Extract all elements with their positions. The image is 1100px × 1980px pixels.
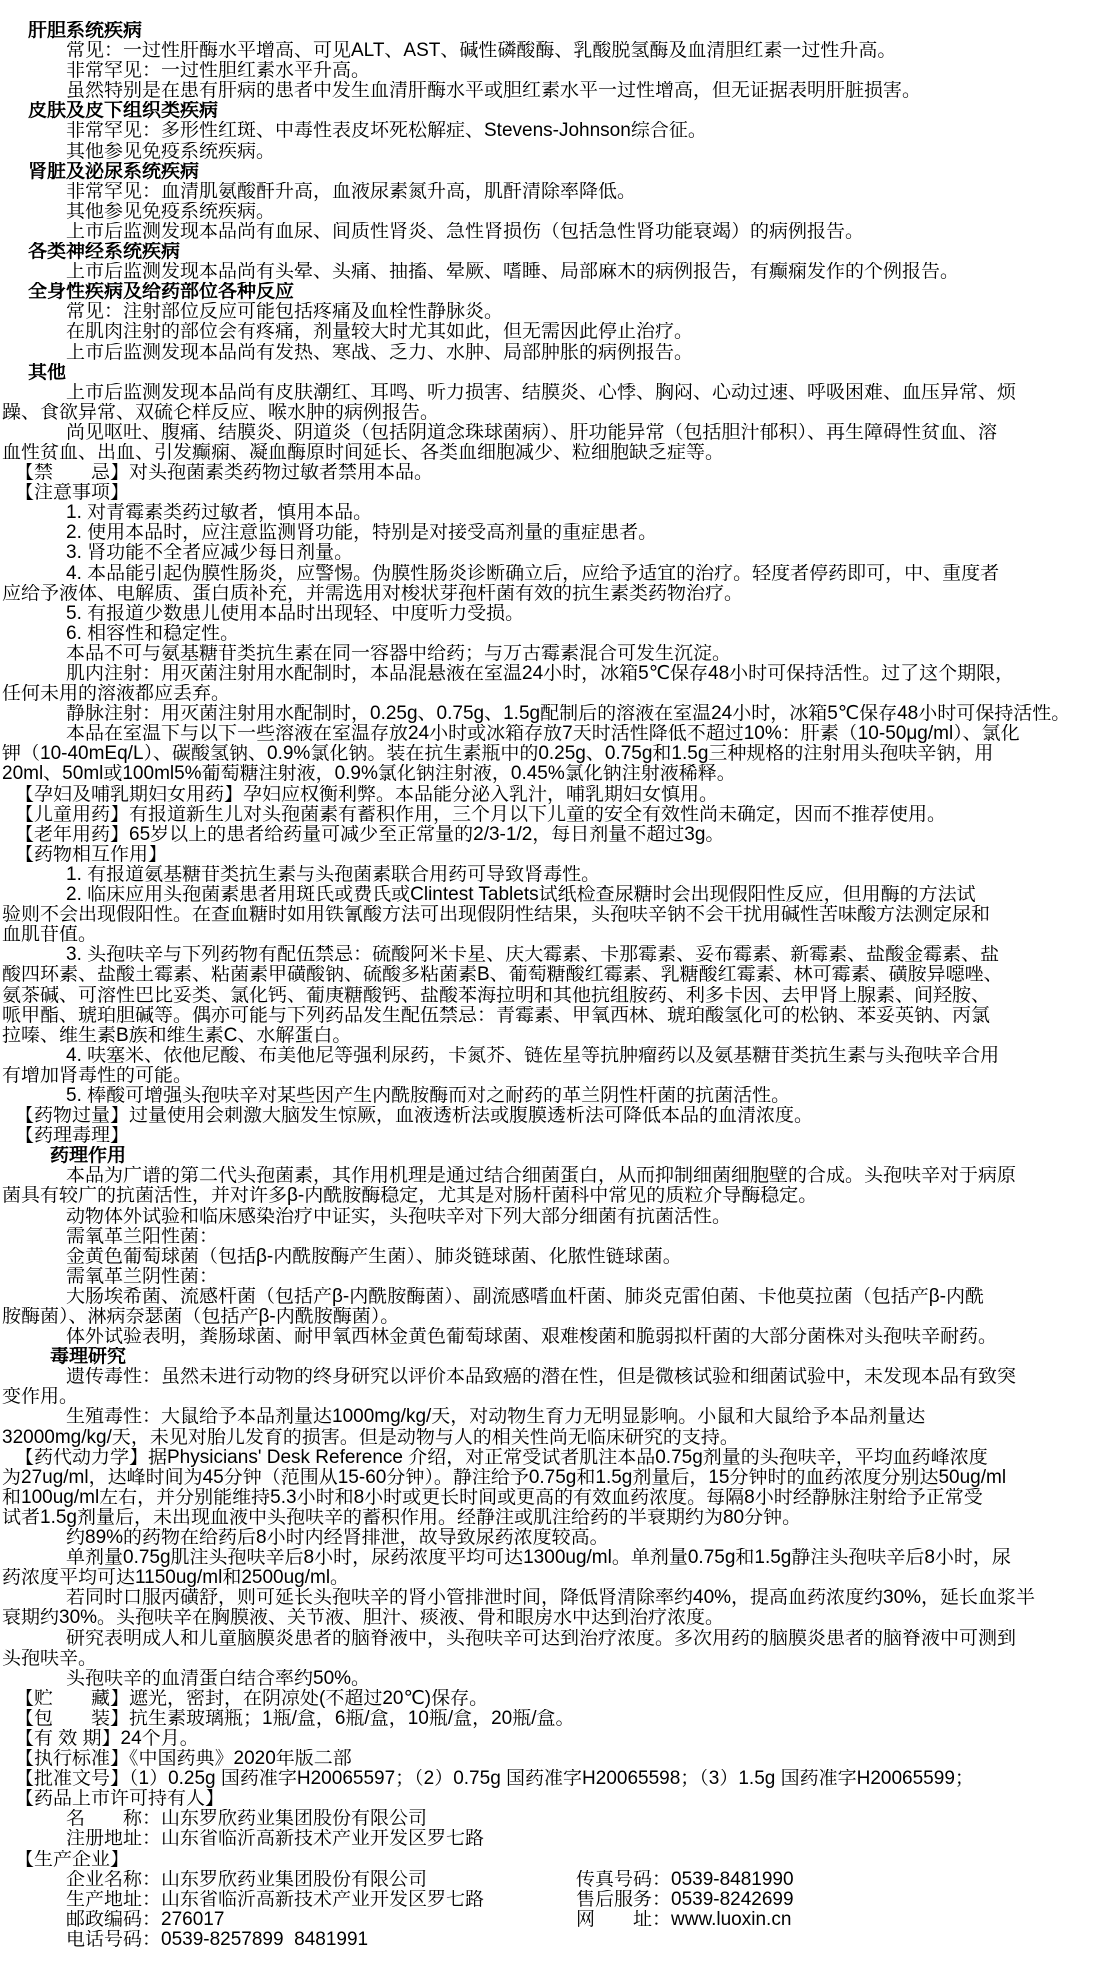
paragraph-line: 头孢呋辛。: [0, 1649, 1100, 1669]
section-heading: 各类神经系统疾病: [0, 242, 1100, 262]
paragraph-line: 5. 棒酸可增强头孢呋辛对某些因产生内酰胺酶而对之耐药的革兰阴性杆菌的抗菌活性。: [0, 1086, 1100, 1106]
paragraph-line: 2. 临床应用头孢菌素患者用斑氏或费氏或Clintest Tablets试纸检查…: [0, 885, 1100, 905]
paragraph-line: 血肌苷值。: [0, 925, 1100, 945]
paragraph-line: 任何未用的溶液都应丢弃。: [0, 684, 1100, 704]
labeled-field-line: 【注意事项】: [0, 483, 1100, 503]
paragraph-line: 若同时口服丙磺舒，则可延长头孢呋辛的肾小管排泄时间，降低肾清除率约40%，提高血…: [0, 1588, 1100, 1608]
section-heading: 全身性疾病及给药部位各种反应: [0, 282, 1100, 302]
sub-section-heading: 药理作用: [0, 1146, 1100, 1166]
labeled-field-line: 【生产企业】: [0, 1850, 1100, 1870]
section-heading: 其他: [0, 363, 1100, 383]
paragraph-line: 躁、食欲异常、双硫仑样反应、喉水肿的病例报告。: [0, 403, 1100, 423]
paragraph-line: 上市后监测发现本品尚有发热、寒战、乏力、水肿、局部肿胀的病例报告。: [0, 343, 1100, 363]
paragraph-line: 变作用。: [0, 1387, 1100, 1407]
paragraph-line: 大肠埃希菌、流感杆菌（包括产β-内酰胺酶菌）、副流感嗜血杆菌、肺炎克雷伯菌、卡他…: [0, 1287, 1100, 1307]
paragraph-line: 非常罕见：多形性红斑、中毒性表皮坏死松解症、Stevens-Johnson综合征…: [0, 121, 1100, 141]
paragraph-line: 2. 使用本品时，应注意监测肾功能，特别是对接受高剂量的重症患者。: [0, 523, 1100, 543]
labeled-field-line: 【药物过量】过量使用会刺激大脑发生惊厥，血液透析法或腹膜透析法可降低本品的血清浓…: [0, 1106, 1100, 1126]
paragraph-line: 氨茶碱、可溶性巴比妥类、氯化钙、葡庚糖酸钙、盐酸苯海拉明和其他抗组胺药、利多卡因…: [0, 986, 1100, 1006]
labeled-field-line: 【老年用药】65岁以上的患者给药量可减少至正常量的2/3-1/2，每日剂量不超过…: [0, 825, 1100, 845]
section-heading: 皮肤及皮下组织类疾病: [0, 101, 1100, 121]
paragraph-line: 20ml、50ml或100ml5%葡萄糖注射液，0.9%氯化钠注射液，0.45%…: [0, 764, 1100, 784]
paragraph-line: 注册地址：山东省临沂高新技术产业开发区罗七路: [0, 1829, 1100, 1849]
field-left-text: 企业名称：山东罗欣药业集团股份有限公司: [66, 1870, 427, 1890]
paragraph-line: 本品为广谱的第二代头孢菌素，其作用机理是通过结合细菌蛋白，从而抑制细菌细胞壁的合…: [0, 1166, 1100, 1186]
paragraph-line: 金黄色葡萄球菌（包括β-内酰胺酶产生菌）、肺炎链球菌、化脓性链球菌。: [0, 1247, 1100, 1267]
paragraph-line: 虽然特别是在患有肝病的患者中发生血清肝酶水平或胆红素水平一过性增高，但无证据表明…: [0, 81, 1100, 101]
paragraph-line: 尚见呕吐、腹痛、结膜炎、阴道炎（包括阴道念珠球菌病）、肝功能异常（包括胆汁郁积）…: [0, 423, 1100, 443]
paragraph-line: 32000mg/kg/天，未见对胎儿发育的损害。但是动物与人的相关性尚无临床研究…: [0, 1428, 1100, 1448]
paragraph-line: 本品不可与氨基糖苷类抗生素在同一容器中给药；与万古霉素混合可发生沉淀。: [0, 644, 1100, 664]
paragraph-line: 非常罕见：血清肌氨酸酐升高，血液尿素氮升高，肌酐清除率降低。: [0, 182, 1100, 202]
paragraph-line: 头孢呋辛的血清蛋白结合率约50%。: [0, 1669, 1100, 1689]
paragraph-line: 动物体外试验和临床感染治疗中证实，头孢呋辛对下列大部分细菌有抗菌活性。: [0, 1207, 1100, 1227]
paragraph-line: 胺酶菌）、淋病奈瑟菌（包括产β-内酰胺酶菌）。: [0, 1307, 1100, 1327]
drug-insert-page: 肝胆系统疾病常见：一过性肝酶水平增高、可见ALT、AST、碱性磷酸酶、乳酸脱氢酶…: [0, 0, 1100, 1950]
section-heading: 肾脏及泌尿系统疾病: [0, 162, 1100, 182]
company-info-line: 邮政编码：276017网 址：www.luoxin.cn: [0, 1910, 1100, 1930]
paragraph-line: 有增加肾毒性的可能。: [0, 1066, 1100, 1086]
paragraph-line: 在肌肉注射的部位会有疼痛，剂量较大时尤其如此，但无需因此停止治疗。: [0, 322, 1100, 342]
paragraph-line: 电话号码：0539-8257899 8481991: [0, 1930, 1100, 1950]
company-info-line: 企业名称：山东罗欣药业集团股份有限公司传真号码：0539-8481990: [0, 1870, 1100, 1890]
paragraph-line: 4. 本品能引起伪膜性肠炎，应警惕。伪膜性肠炎诊断确立后，应给予适宜的治疗。轻度…: [0, 564, 1100, 584]
labeled-field-line: 【批准文号】（1）0.25g 国药准字H20065597；（2）0.75g 国药…: [0, 1769, 1100, 1789]
labeled-field-line: 【药代动力学】据Physicians' Desk Reference 介绍，对正…: [0, 1448, 1100, 1468]
company-info-line: 生产地址：山东省临沂高新技术产业开发区罗七路售后服务：0539-8242699: [0, 1890, 1100, 1910]
paragraph-line: 体外试验表明，粪肠球菌、耐甲氧西林金黄色葡萄球菌、艰难梭菌和脆弱拟杆菌的大部分菌…: [0, 1327, 1100, 1347]
paragraph-line: 常见：注射部位反应可能包括疼痛及血栓性静脉炎。: [0, 302, 1100, 322]
paragraph-line: 为27ug/ml，达峰时间为45分钟（范围从15-60分钟）。静注给予0.75g…: [0, 1468, 1100, 1488]
paragraph-line: 上市后监测发现本品尚有头晕、头痛、抽搐、晕厥、嗜睡、局部麻木的病例报告，有癫痫发…: [0, 262, 1100, 282]
paragraph-line: 需氧革兰阴性菌：: [0, 1267, 1100, 1287]
paragraph-line: 非常罕见：一过性胆红素水平升高。: [0, 61, 1100, 81]
paragraph-line: 6. 相容性和稳定性。: [0, 624, 1100, 644]
section-heading: 肝胆系统疾病: [0, 21, 1100, 41]
paragraph-line: 常见：一过性肝酶水平增高、可见ALT、AST、碱性磷酸酶、乳酸脱氢酶及血清胆红素…: [0, 41, 1100, 61]
paragraph-line: 拉嗪、维生素B族和维生素C、水解蛋白。: [0, 1026, 1100, 1046]
paragraph-line: 验则不会出现假阳性。在查血糖时如用铁氰酸方法可出现假阴性结果，头孢呋辛钠不会干扰…: [0, 905, 1100, 925]
paragraph-line: 钾（10-40mEq/L）、碳酸氢钠、0.9%氯化钠。装在抗生素瓶中的0.25g…: [0, 744, 1100, 764]
paragraph-line: 单剂量0.75g肌注头孢呋辛后8小时，尿药浓度平均可达1300ug/ml。单剂量…: [0, 1548, 1100, 1568]
paragraph-line: 衰期约30%。头孢呋辛在胸膜液、关节液、胆汁、痰液、骨和眼房水中达到治疗浓度。: [0, 1608, 1100, 1628]
paragraph-line: 应给予液体、电解质、蛋白质补充，并需选用对梭状芽孢杆菌有效的抗生素类药物治疗。: [0, 584, 1100, 604]
paragraph-line: 研究表明成人和儿童脑膜炎患者的脑脊液中，头孢呋辛可达到治疗浓度。多次用药的脑膜炎…: [0, 1629, 1100, 1649]
labeled-field-line: 【包 装】抗生素玻璃瓶；1瓶/盒，6瓶/盒，10瓶/盒，20瓶/盒。: [0, 1709, 1100, 1729]
paragraph-line: 其他参见免疫系统疾病。: [0, 142, 1100, 162]
paragraph-line: 1. 对青霉素类药过敏者，慎用本品。: [0, 503, 1100, 523]
labeled-field-line: 【药理毒理】: [0, 1126, 1100, 1146]
paragraph-line: 上市后监测发现本品尚有血尿、间质性肾炎、急性肾损伤（包括急性肾功能衰竭）的病例报…: [0, 222, 1100, 242]
labeled-field-line: 【儿童用药】有报道新生儿对头孢菌素有蓄积作用，三个月以下儿童的安全有效性尚未确定…: [0, 805, 1100, 825]
labeled-field-line: 【有 效 期】24个月。: [0, 1729, 1100, 1749]
paragraph-line: 试者1.5g剂量后，未出现血液中头孢呋辛的蓄积作用。经静注或肌注给药的半衰期约为…: [0, 1508, 1100, 1528]
field-left-text: 生产地址：山东省临沂高新技术产业开发区罗七路: [66, 1890, 484, 1910]
paragraph-line: 上市后监测发现本品尚有皮肤潮红、耳鸣、听力损害、结膜炎、心悸、胸闷、心动过速、呼…: [0, 383, 1100, 403]
paragraph-line: 肌内注射：用灭菌注射用水配制时，本品混悬液在室温24小时，冰箱5℃保存48小时可…: [0, 664, 1100, 684]
field-right-text: 售后服务：0539-8242699: [576, 1890, 794, 1910]
paragraph-line: 本品在室温下与以下一些溶液在室温存放24小时或冰箱存放7天时活性降低不超过10%…: [0, 724, 1100, 744]
labeled-field-line: 【药品上市许可持有人】: [0, 1789, 1100, 1809]
paragraph-line: 静脉注射：用灭菌注射用水配制时，0.25g、0.75g、1.5g配制后的溶液在室…: [0, 704, 1100, 724]
paragraph-line: 其他参见免疫系统疾病。: [0, 202, 1100, 222]
paragraph-line: 需氧革兰阳性菌：: [0, 1227, 1100, 1247]
field-right-text: 传真号码：0539-8481990: [576, 1870, 794, 1890]
paragraph-line: 酸四环素、盐酸土霉素、粘菌素甲磺酸钠、硫酸多粘菌素B、葡萄糖酸红霉素、乳糖酸红霉…: [0, 965, 1100, 985]
field-left-text: 邮政编码：276017: [66, 1910, 224, 1930]
labeled-field-line: 【孕妇及哺乳期妇女用药】孕妇应权衡利弊。本品能分泌入乳汁，哺乳期妇女慎用。: [0, 785, 1100, 805]
paragraph-line: 药浓度平均可达1150ug/ml和2500ug/ml。: [0, 1568, 1100, 1588]
paragraph-line: 和100ug/ml左右，并分别能维持5.3小时和8小时或更长时间或更高的有效血药…: [0, 1488, 1100, 1508]
paragraph-line: 1. 有报道氨基糖苷类抗生素与头孢菌素联合用药可导致肾毒性。: [0, 865, 1100, 885]
paragraph-line: 3. 肾功能不全者应减少每日剂量。: [0, 543, 1100, 563]
paragraph-line: 遗传毒性：虽然未进行动物的终身研究以评价本品致癌的潜在性，但是微核试验和细菌试验…: [0, 1367, 1100, 1387]
labeled-field-line: 【禁 忌】对头孢菌素类药物过敏者禁用本品。: [0, 463, 1100, 483]
paragraph-line: 哌甲酯、琥珀胆碱等。偶亦可能与下列药品发生配伍禁忌：青霉素、甲氧西林、琥珀酸氢化…: [0, 1006, 1100, 1026]
field-right-text: 网 址：www.luoxin.cn: [576, 1910, 791, 1930]
paragraph-line: 名 称：山东罗欣药业集团股份有限公司: [0, 1809, 1100, 1829]
paragraph-line: 4. 呋塞米、依他尼酸、布美他尼等强利尿药，卡氮芥、链佐星等抗肿瘤药以及氨基糖苷…: [0, 1046, 1100, 1066]
labeled-field-line: 【药物相互作用】: [0, 845, 1100, 865]
paragraph-line: 菌具有较广的抗菌活性，并对许多β-内酰胺酶稳定，尤其是对肠杆菌科中常见的质粒介导…: [0, 1186, 1100, 1206]
labeled-field-line: 【贮 藏】遮光，密封，在阴凉处(不超过20℃)保存。: [0, 1689, 1100, 1709]
paragraph-line: 约89%的药物在给药后8小时内经肾排泄，故导致尿药浓度较高。: [0, 1528, 1100, 1548]
paragraph-line: 生殖毒性：大鼠给予本品剂量达1000mg/kg/天，对动物生育力无明显影响。小鼠…: [0, 1407, 1100, 1427]
sub-section-heading: 毒理研究: [0, 1347, 1100, 1367]
paragraph-line: 血性贫血、出血、引发癫痫、凝血酶原时间延长、各类血细胞减少、粒细胞缺乏症等。: [0, 443, 1100, 463]
paragraph-line: 3. 头孢呋辛与下列药物有配伍禁忌：硫酸阿米卡星、庆大霉素、卡那霉素、妥布霉素、…: [0, 945, 1100, 965]
paragraph-line: 5. 有报道少数患儿使用本品时出现轻、中度听力受损。: [0, 604, 1100, 624]
labeled-field-line: 【执行标准】《中国药典》2020年版二部: [0, 1749, 1100, 1769]
